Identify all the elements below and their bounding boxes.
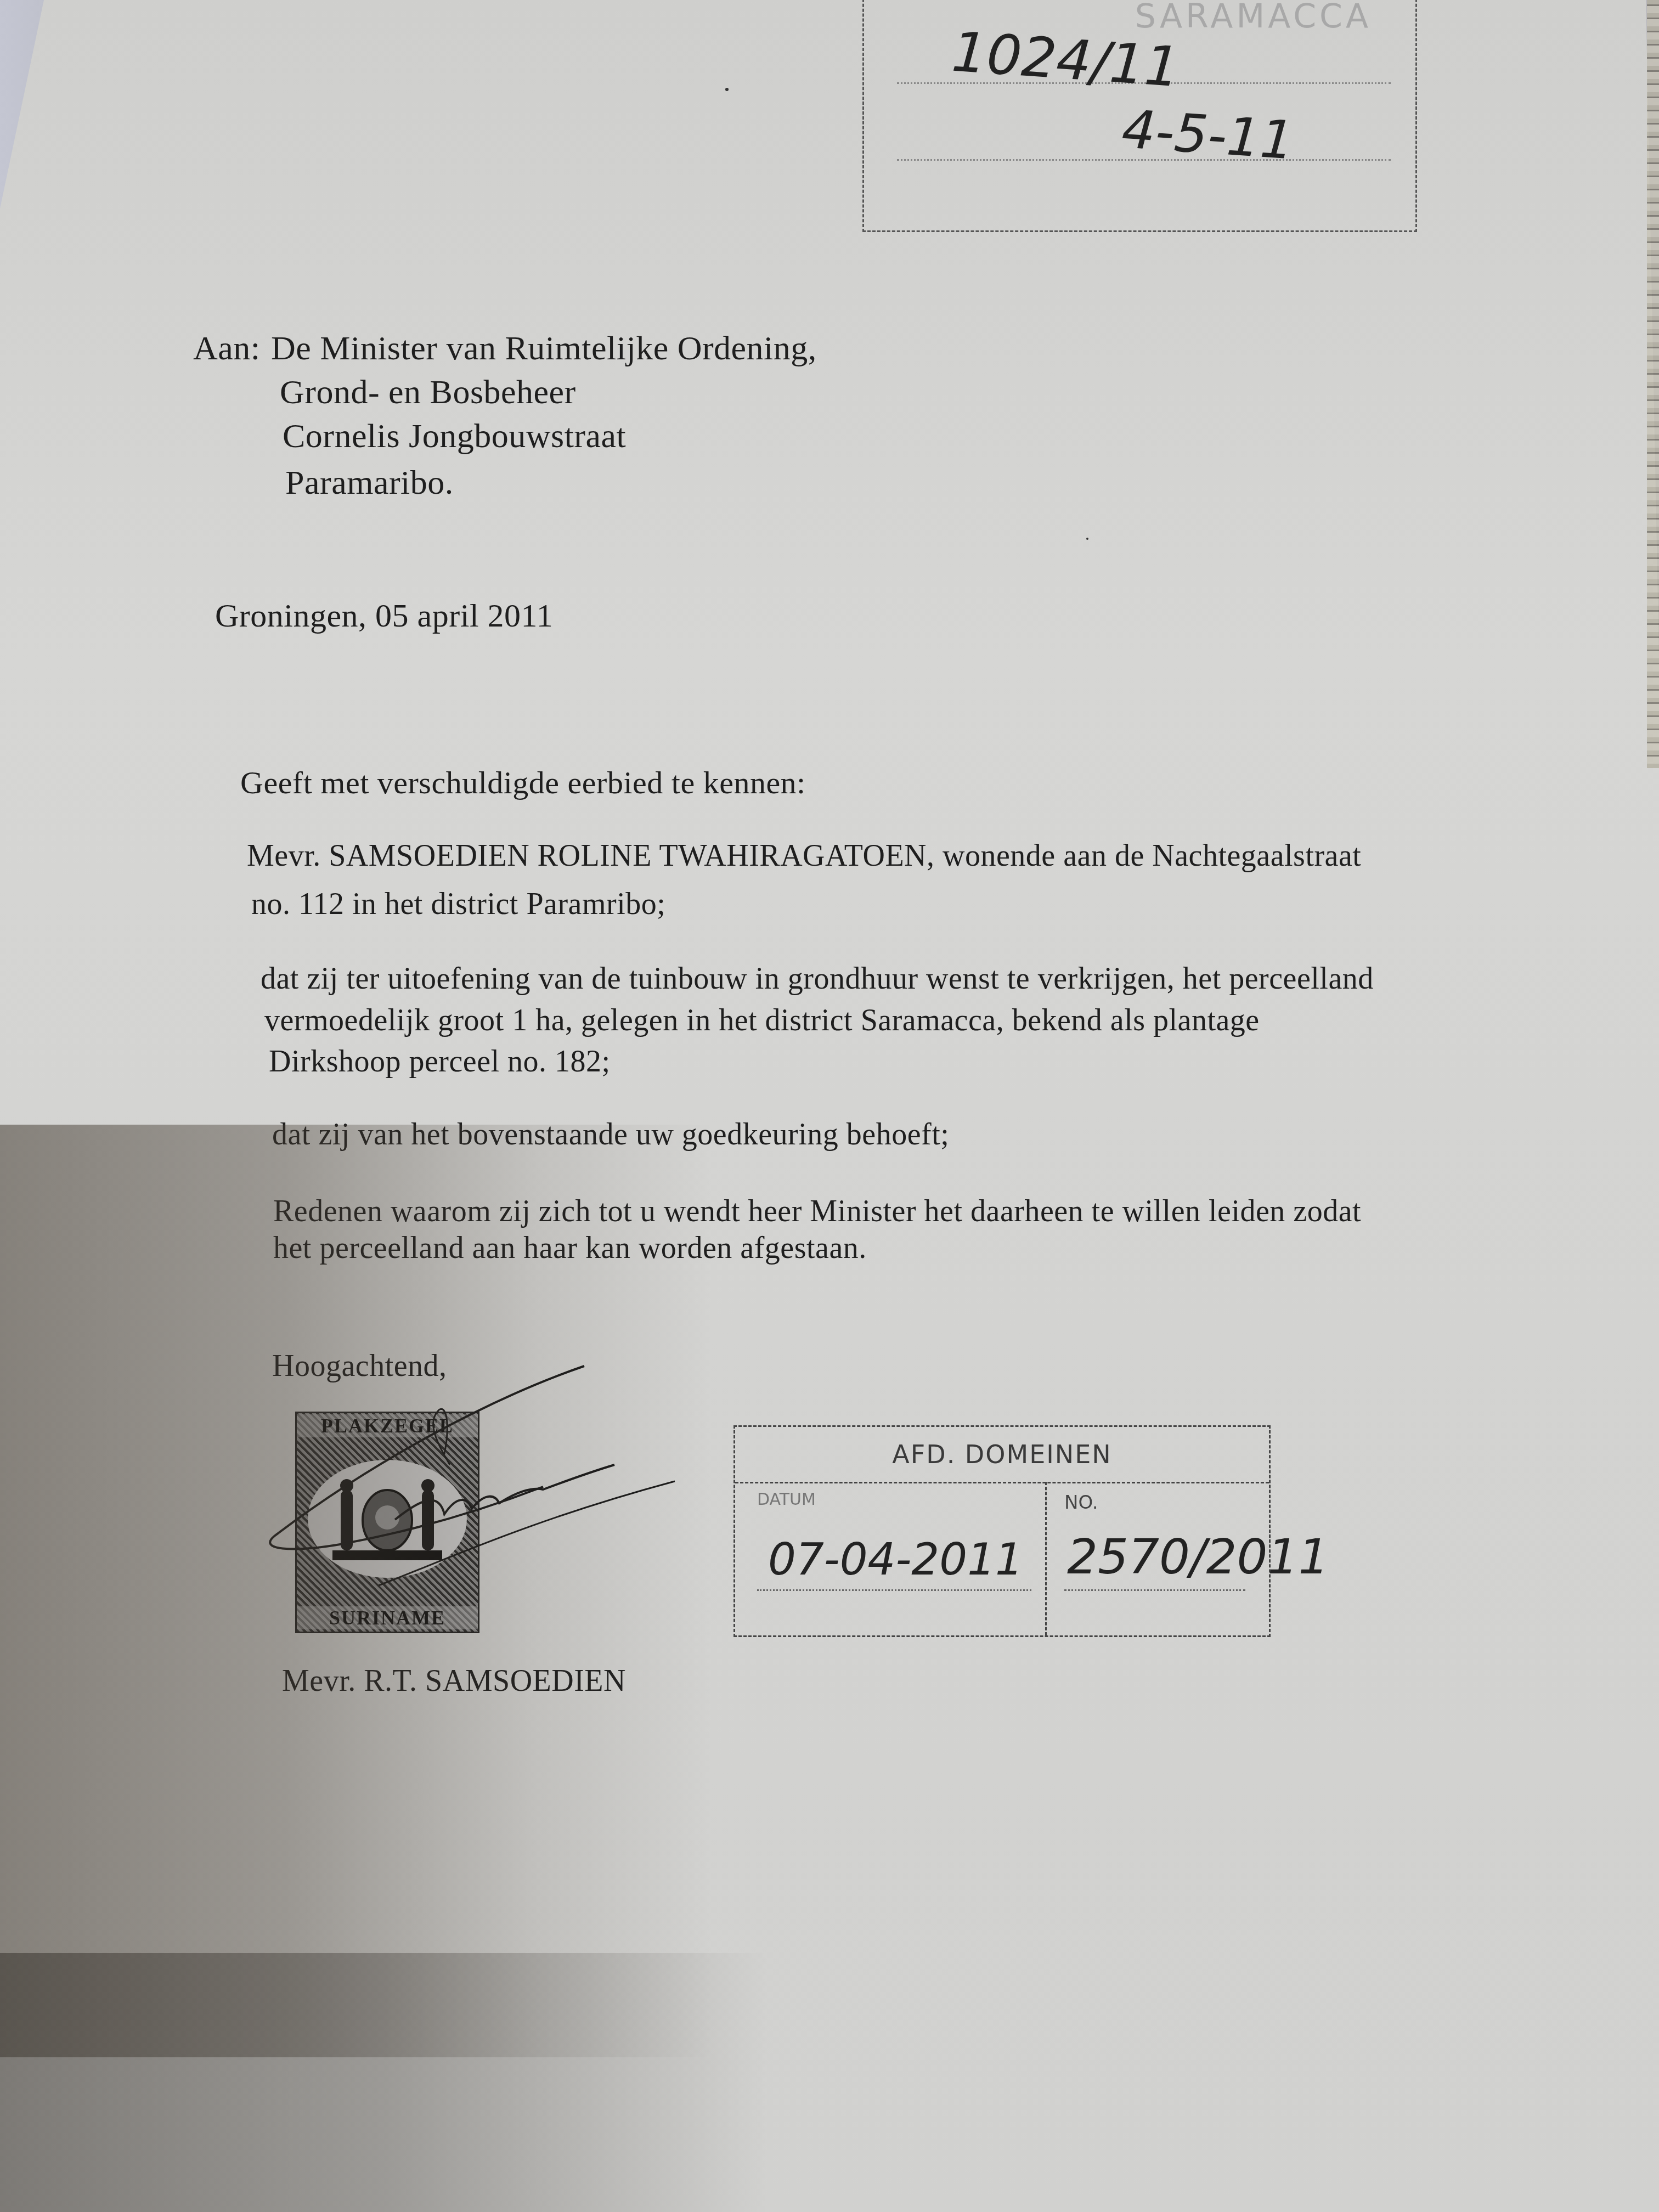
ink-speck [1086, 538, 1088, 540]
revenue-stamp-bottom-label: SURINAME [297, 1606, 478, 1629]
paper-stack-edge [1647, 0, 1659, 768]
registration-stamp: SARAMACCA 1024/11 4-5-11 [862, 0, 1417, 232]
request-line: Dirkshoop perceel no. 182; [269, 1044, 611, 1079]
request-line: vermoedelijk groot 1 ha, gelegen in het … [264, 1003, 1260, 1038]
recipient-prefix: Aan: [193, 329, 261, 368]
request-line: dat zij ter uitoefening van de tuinbouw … [261, 961, 1374, 996]
recipient-line: Cornelis Jongbouwstraat [283, 417, 626, 456]
closing: Hoogachtend, [272, 1348, 447, 1384]
domeinen-date-underline [757, 1589, 1031, 1591]
domeinen-stamp: AFD. DOMEINEN DATUM NO. 07-04-2011 2570/… [733, 1425, 1271, 1637]
registration-stamp-faded-text: SARAMACCA [1135, 0, 1372, 36]
domeinen-number-underline [1064, 1589, 1245, 1591]
recipient-line: Grond- en Bosbeheer [280, 373, 576, 412]
revenue-stamp-top-label: PLAKZEGEL [297, 1414, 478, 1437]
domeinen-stamp-divider [1045, 1482, 1047, 1635]
domeinen-date-label: DATUM [757, 1490, 816, 1509]
recipient-line: De Minister van Ruimtelijke Ordening, [271, 329, 817, 368]
domeinen-number-label: NO. [1064, 1492, 1098, 1514]
applicant-line: Mevr. SAMSOEDIEN ROLINE TWAHIRAGATOEN, w… [247, 838, 1361, 873]
applicant-line: no. 112 in het district Paramribo; [251, 887, 665, 922]
reason-line: het perceelland aan haar kan worden afge… [273, 1231, 867, 1266]
approval-line: dat zij van het bovenstaande uw goedkeur… [272, 1117, 949, 1152]
intro-line: Geeft met verschuldigde eerbied te kenne… [240, 764, 806, 801]
coat-of-arms-icon [330, 1474, 445, 1567]
domeinen-date-value: 07-04-2011 [768, 1534, 1023, 1585]
domeinen-stamp-header: AFD. DOMEINEN [735, 1427, 1269, 1483]
registration-date: 4-5-11 [1120, 98, 1296, 172]
domeinen-number-value: 2570/2011 [1067, 1528, 1329, 1585]
recipient-line: Paramaribo. [285, 464, 454, 503]
reason-line: Redenen waarom zij zich tot u wendt heer… [273, 1194, 1361, 1229]
signatory-name: Mevr. R.T. SAMSOEDIEN [282, 1663, 626, 1699]
place-date: Groningen, 05 april 2011 [215, 597, 553, 635]
revenue-stamp: PLAKZEGEL SURINAME [295, 1412, 479, 1633]
ink-speck [725, 88, 729, 91]
